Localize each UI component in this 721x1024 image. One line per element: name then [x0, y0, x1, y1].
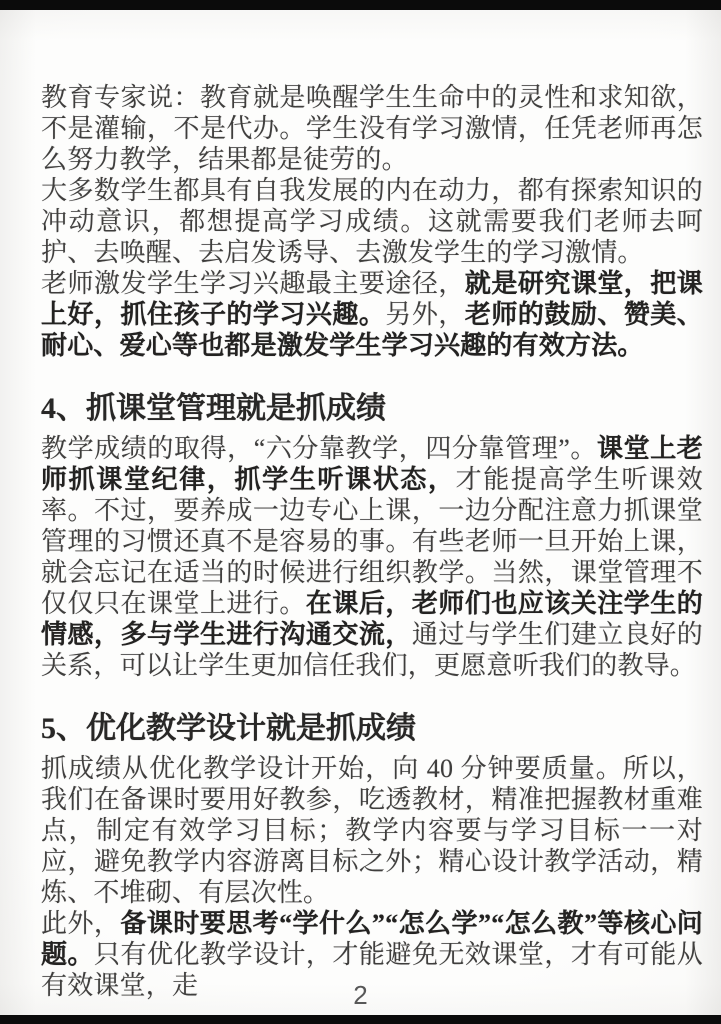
paragraph: 大多数学生都具有自我发展的内在动力，都有探索知识的冲动意识，都想提高学习成绩。这…	[41, 175, 703, 268]
letterbox-bottom-bar	[0, 1015, 721, 1024]
text-run: 抓成绩从优化教学设计开始，向 40 分钟要质量。所以，我们在备课时要用好教参，吃…	[41, 754, 703, 907]
section-heading: 5、优化教学设计就是抓成绩	[41, 711, 703, 747]
paragraph: 教学成绩的取得，“六分靠教学，四分靠管理”。课堂上老师抓课堂纪律，抓学生听课状态…	[41, 433, 703, 681]
bold-text-run: 等也都是激发学生学习兴趣的有效方法。	[172, 331, 644, 360]
paragraph: 老师激发学生学习兴趣最主要途径，就是研究课堂，把课上好，抓住孩子的学习兴趣。另外…	[41, 268, 703, 361]
text-run: 此外，	[41, 909, 120, 938]
text-run: 教学成绩的取得，“六分靠教学，四分靠管理”。	[41, 434, 597, 463]
paragraph: 教育专家说：教育就是唤醒学生生命中的灵性和求知欲，不是灌输，不是代办。学生没有学…	[41, 82, 703, 175]
document-page: 教育专家说：教育就是唤醒学生生命中的灵性和求知欲，不是灌输，不是代办。学生没有学…	[0, 0, 721, 1024]
text-run: 另外，	[385, 300, 464, 329]
text-run: 老师激发学生学习兴趣最主要途径，	[41, 269, 465, 298]
page-content: 教育专家说：教育就是唤醒学生生命中的灵性和求知欲，不是灌输，不是代办。学生没有学…	[41, 0, 703, 1001]
paragraph: 抓成绩从优化教学设计开始，向 40 分钟要质量。所以，我们在备课时要用好教参，吃…	[41, 753, 703, 908]
page-number: 2	[0, 981, 721, 1009]
text-run: 大多数学生都具有自我发展的内在动力，都有探索知识的冲动意识，都想提高学习成绩。这…	[41, 176, 703, 267]
text-run: 教育专家说：教育就是唤醒学生生命中的灵性和求知欲，不是灌输，不是代办。学生没有学…	[41, 83, 703, 174]
section-heading: 4、抓课堂管理就是抓成绩	[41, 391, 703, 427]
